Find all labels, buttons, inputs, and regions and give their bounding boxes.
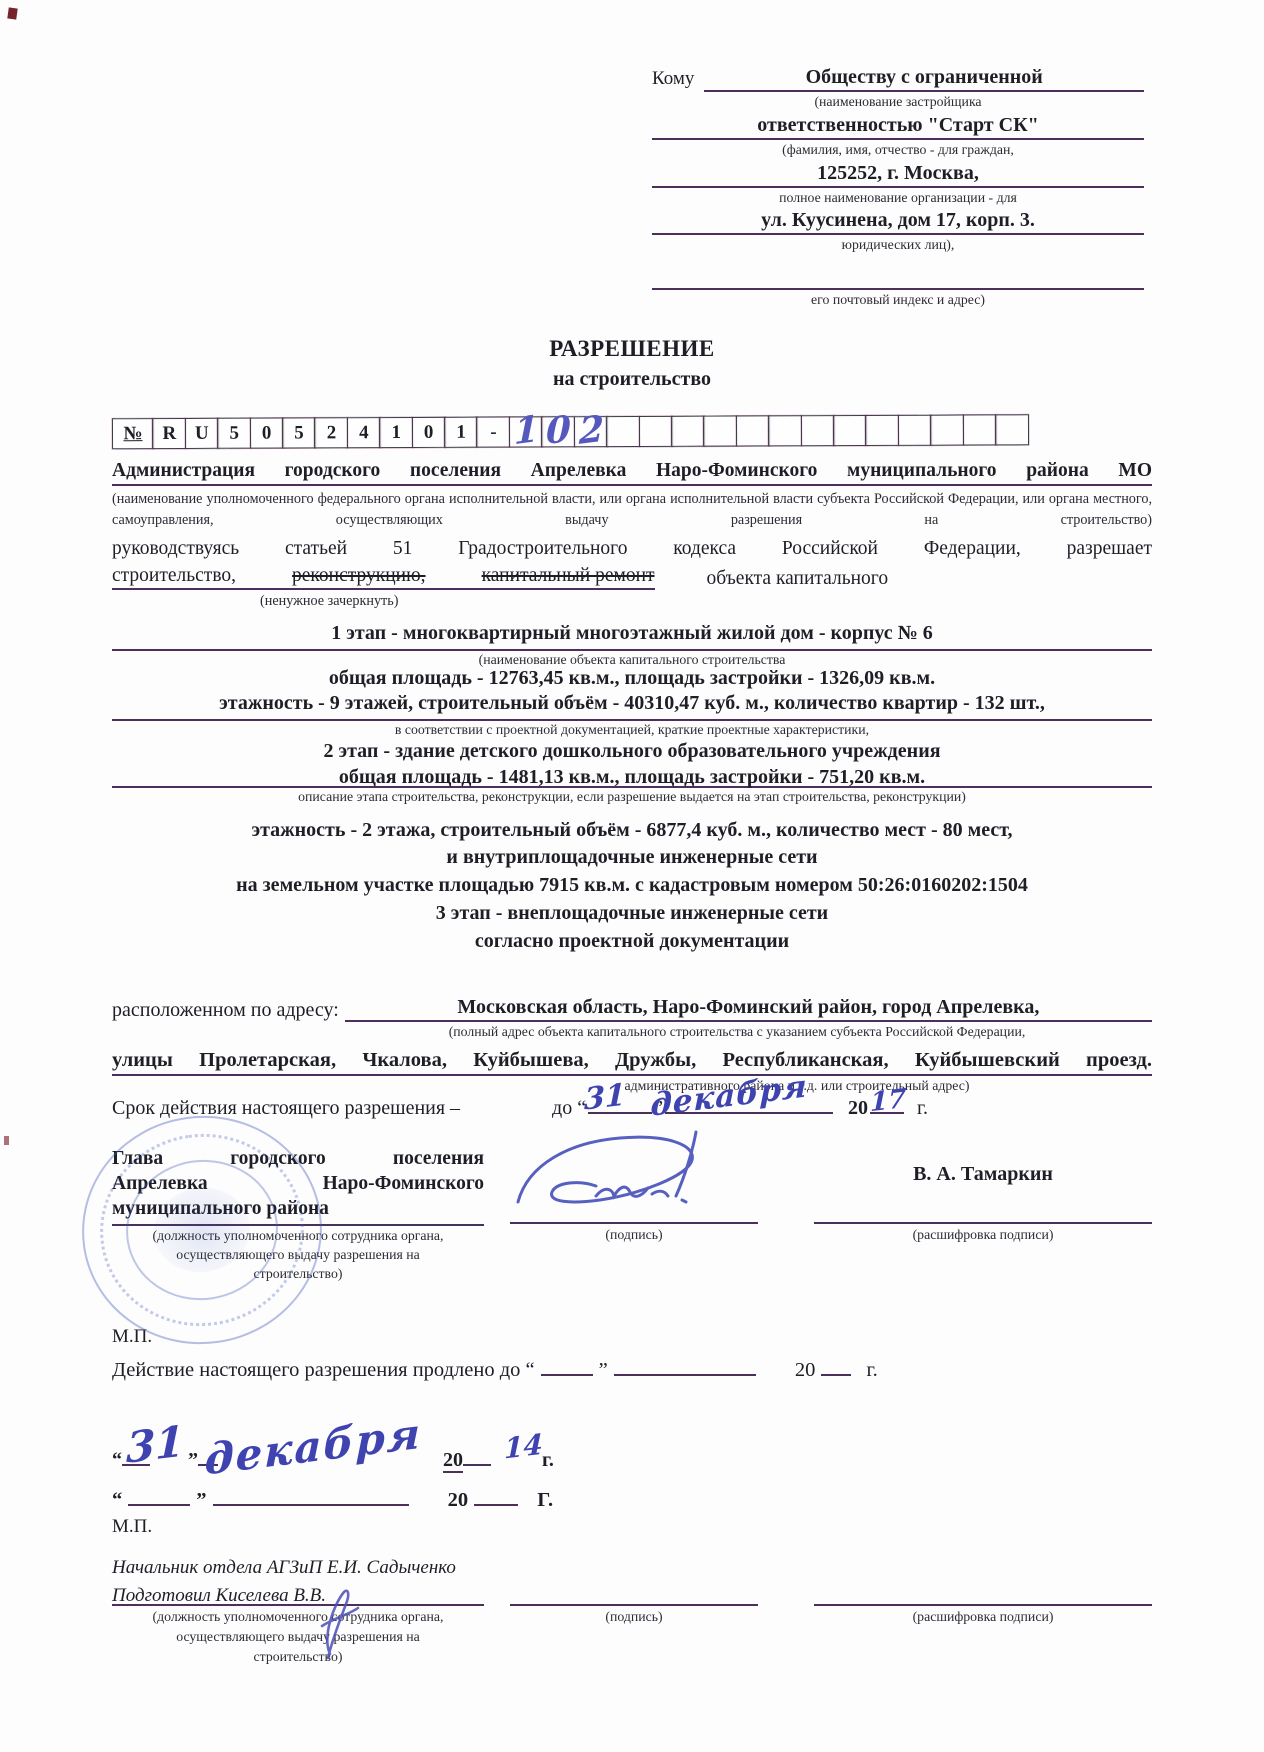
permit-number-cell: 2 — [314, 417, 348, 448]
official-name: В. А. Тамаркин — [814, 1146, 1152, 1202]
stamp-place-label: М.П. — [112, 1326, 1152, 1348]
rule-line — [112, 719, 1152, 721]
addressee-caption-4: юридических лиц), — [652, 237, 1144, 254]
footer-block: Начальник отдела АГЗиП Е.И. Садыченко По… — [112, 1554, 1152, 1609]
permit-number-prefix: № — [123, 423, 142, 445]
word-reconstruction-struck: реконструкцию, — [292, 565, 426, 587]
land-plot-line: на земельном участке площадью 7915 кв.м.… — [112, 874, 1152, 897]
permit-number-cell-empty — [736, 415, 770, 446]
stage1-floors-line: этажность - 9 этажей, строительный объём… — [112, 692, 1152, 715]
permit-number-cell-handwritten: 0 — [541, 416, 575, 447]
year-underline — [463, 1446, 491, 1466]
addressee-block: Кому Обществу с ограниченной (наименован… — [652, 66, 1144, 309]
permit-number-cell: U — [185, 418, 219, 449]
permit-type-line: строительство, реконструкцию, капитальны… — [112, 565, 1152, 590]
address-prefix: расположенном по адресу: — [112, 999, 345, 1022]
position-line: Глава городского поселения — [112, 1146, 484, 1171]
address-line-1: расположенном по адресу: Московская обла… — [112, 996, 1152, 1022]
name-underline — [814, 1202, 1152, 1224]
addressee-label: Кому — [652, 68, 704, 92]
month-underline — [213, 1486, 409, 1506]
stamp-place-label: М.П. — [112, 1516, 1152, 1538]
validity-do: до “ — [552, 1097, 586, 1119]
stage2-floors-line: этажность - 2 этажа, строительный объём … — [112, 819, 1152, 842]
permit-number-cell-empty — [930, 415, 964, 446]
permit-number-cell: R — [152, 418, 186, 449]
handwritten-year: 14 — [504, 1427, 543, 1465]
permit-number-cell: 0 — [412, 417, 446, 448]
object-description-block: 1 этап - многоквартирный многоэтажный жи… — [112, 622, 1152, 953]
handwritten-signature — [500, 1124, 770, 1234]
official-position-column: Глава городского поселения Апрелевка Нар… — [112, 1146, 484, 1282]
year-printed: 20 — [795, 1359, 816, 1381]
cell-char: R — [162, 422, 176, 444]
cell-char: 1 — [456, 421, 466, 443]
permit-number-cell-empty — [898, 415, 932, 446]
permit-number-cell-empty — [865, 415, 899, 446]
position-caption: (должность уполномоченного сотрудника ор… — [112, 1228, 484, 1245]
open-quote: “ — [112, 1449, 122, 1471]
permit-number-cell-empty — [703, 416, 737, 447]
close-quote: ” — [188, 1449, 198, 1471]
validity-date: до “” 20 г. 31 декабря 17 — [552, 1094, 928, 1120]
cell-char: 0 — [424, 421, 434, 443]
issuer-guided-by: руководствуясь статьей 51 Градостроитель… — [112, 538, 1152, 560]
extension-text: Действие настоящего разрешения продлено … — [112, 1359, 535, 1381]
stage3-title: 3 этап - внеплощадочные инженерные сети — [112, 902, 1152, 925]
extension-date-block: “” 20 Г. — [112, 1486, 1152, 1512]
year-suffix: г. — [866, 1359, 877, 1381]
handwritten-month: декабря — [204, 1408, 422, 1484]
permit-number-cell-empty — [768, 415, 802, 446]
footer-prepared-by: Подготовил Киселева В.В. — [112, 1582, 1152, 1610]
year-printed: 20 — [448, 1489, 469, 1511]
stage1-area-line: общая площадь - 12763,45 кв.м., площадь … — [112, 667, 1152, 690]
cell-char: 0 — [262, 422, 272, 444]
handwritten-digit: 1 — [514, 408, 539, 454]
permit-number-cell-empty — [800, 415, 834, 446]
signature-section: Глава городского поселения Апрелевка Нар… — [112, 1146, 1152, 1296]
stage-caption: описание этапа строительства, реконструк… — [112, 789, 1152, 806]
permit-number-cell: 5 — [217, 418, 251, 449]
open-quote: “ — [112, 1489, 122, 1511]
permit-number-cell-handwritten: 2 — [574, 416, 608, 447]
permit-number-row: № R U 5 0 5 2 4 1 0 1 - 1 0 2 — [112, 414, 1152, 450]
validity-block: Срок действия настоящего разрешения – до… — [112, 1094, 1152, 1120]
signature-caption: (подпись) — [510, 1609, 758, 1626]
year-underline — [474, 1486, 518, 1506]
permit-number-cell: 0 — [250, 418, 284, 449]
word-construction: строительство, — [112, 565, 236, 587]
close-quote: ” — [599, 1359, 608, 1381]
position-line: Апрелевка Наро-Фоминского — [112, 1171, 484, 1196]
permit-number-cell-empty — [833, 415, 867, 446]
cell-char: 4 — [359, 422, 369, 444]
issue-date-block: “” 20 г. 31 декабря 14 — [112, 1446, 1152, 1472]
rule-line — [112, 649, 1152, 651]
cell-char: 2 — [327, 422, 337, 444]
issuer-name: Администрация городского поселения Апрел… — [112, 460, 1152, 486]
addressee-caption-1: (наименование застройщика — [652, 94, 1144, 111]
extension-block: Действие настоящего разрешения продлено … — [112, 1356, 1152, 1382]
cell-char: U — [195, 422, 209, 444]
project-doc-caption: в соответствии с проектной документацией… — [112, 722, 1152, 739]
stage2-networks-line: и внутриплощадочные инженерные сети — [112, 846, 1152, 869]
stage2-title: 2 этап - здание детского дошкольного обр… — [112, 740, 1152, 763]
addressee-caption-3: полное наименование организации - для — [652, 190, 1144, 207]
year-suffix: Г. — [537, 1489, 553, 1511]
addressee-caption-2: (фамилия, имя, отчество - для граждан, — [652, 142, 1144, 159]
permit-number-cell-empty — [671, 416, 705, 447]
addressee-blank-line — [652, 268, 1144, 290]
name-caption: (расшифровка подписи) — [814, 1227, 1152, 1244]
address-value-2: улицы Пролетарская, Чкалова, Куйбышева, … — [112, 1049, 1152, 1076]
cell-char: 1 — [391, 422, 401, 444]
spacer — [426, 565, 482, 587]
document-title: РАЗРЕШЕНИЕ — [112, 336, 1152, 362]
addressee-line-1: Обществу с ограниченной — [704, 66, 1144, 92]
position-line: муниципального района — [112, 1196, 484, 1221]
handwritten-digit: 0 — [546, 408, 571, 454]
cell-char: 5 — [294, 422, 304, 444]
addressee-caption-5: его почтовый индекс и адрес) — [652, 292, 1144, 309]
scan-speck — [7, 7, 17, 19]
footer-chief: Начальник отдела АГЗиП Е.И. Садыченко — [112, 1554, 1152, 1582]
permit-number-cell-empty — [638, 416, 672, 447]
name-caption: (расшифровка подписи) — [814, 1609, 1152, 1626]
cell-char: 5 — [229, 422, 239, 444]
permit-number-cell: 5 — [282, 417, 316, 448]
permit-number-cell: 4 — [347, 417, 381, 448]
permit-number-cell-empty — [606, 416, 640, 447]
addressee-line-4: ул. Куусинена, дом 17, корп. 3. — [652, 209, 1144, 235]
document-title-block: РАЗРЕШЕНИЕ на строительство — [112, 336, 1152, 391]
year-suffix: г. — [917, 1097, 928, 1119]
stage3-subtitle: согласно проектной документации — [112, 930, 1152, 953]
scan-speck — [4, 1136, 9, 1145]
address-value-1: Московская область, Наро-Фоминский район… — [345, 996, 1152, 1022]
handwritten-year: 17 — [870, 1084, 906, 1119]
signature-column: (подпись) — [510, 1146, 758, 1244]
year-underline — [821, 1356, 851, 1376]
addressee-line-2: ответственностью "Старт СК" — [652, 114, 1144, 140]
handwritten-digit: 2 — [579, 407, 604, 453]
year-printed: 20 — [443, 1449, 463, 1473]
address-caption-1: (полный адрес объекта капитального строи… — [112, 1024, 1152, 1041]
address-caption-2: административного района и т.д. или стро… — [112, 1078, 1152, 1095]
handwritten-day: 31 — [584, 1077, 626, 1117]
validity-prefix: Срок действия настоящего разрешения – — [112, 1097, 460, 1120]
word-capital-repair-struck: капитальный ремонт — [482, 565, 655, 587]
addressee-row: Кому Обществу с ограниченной — [652, 66, 1144, 92]
permit-number-cell-empty — [995, 414, 1029, 445]
permit-number-cell-empty — [962, 414, 996, 445]
year-printed: 20 — [848, 1097, 868, 1119]
month-underline — [614, 1356, 756, 1376]
address-block: расположенном по адресу: Московская обла… — [112, 996, 1152, 1095]
stage1-title: 1 этап - многоквартирный многоэтажный жи… — [112, 622, 1152, 645]
signature-area — [510, 1146, 758, 1224]
position-caption: строительство) — [112, 1266, 484, 1283]
cell-char: - — [490, 421, 496, 443]
permit-number-cell: 1 — [379, 417, 413, 448]
spacer — [236, 565, 292, 587]
day-underline — [541, 1356, 593, 1376]
position-caption: осуществляющего выдачу разрешения на — [112, 1247, 484, 1264]
handwritten-day: 31 — [126, 1416, 185, 1473]
strike-note: (ненужное зачеркнуть) — [112, 593, 1152, 610]
permit-number-cell: 1 — [444, 417, 478, 448]
permit-number-cell-handwritten: 1 — [509, 416, 543, 447]
permit-number-prefix-cell: № — [112, 418, 154, 449]
permit-number-grid: № R U 5 0 5 2 4 1 0 1 - 1 0 2 — [112, 416, 1152, 447]
addressee-line-3: 125252, г. Москва, — [652, 162, 1144, 188]
year-suffix: г. — [542, 1449, 554, 1471]
official-position: Глава городского поселения Апрелевка Нар… — [112, 1146, 484, 1226]
close-quote: ” — [196, 1489, 206, 1511]
permit-type-tail: объекта капитального — [707, 568, 889, 590]
document-subtitle: на строительство — [112, 368, 1152, 391]
official-name-column: В. А. Тамаркин (расшифровка подписи) — [814, 1146, 1152, 1244]
permit-type-underlined: строительство, реконструкцию, капитальны… — [112, 565, 655, 590]
day-underline — [128, 1486, 190, 1506]
pen-mark — [292, 1584, 382, 1664]
issuer-caption: (наименование уполномоченного федерально… — [112, 489, 1152, 532]
issuer-block: Администрация городского поселения Апрел… — [112, 460, 1152, 610]
permit-number-cell: - — [476, 417, 510, 448]
